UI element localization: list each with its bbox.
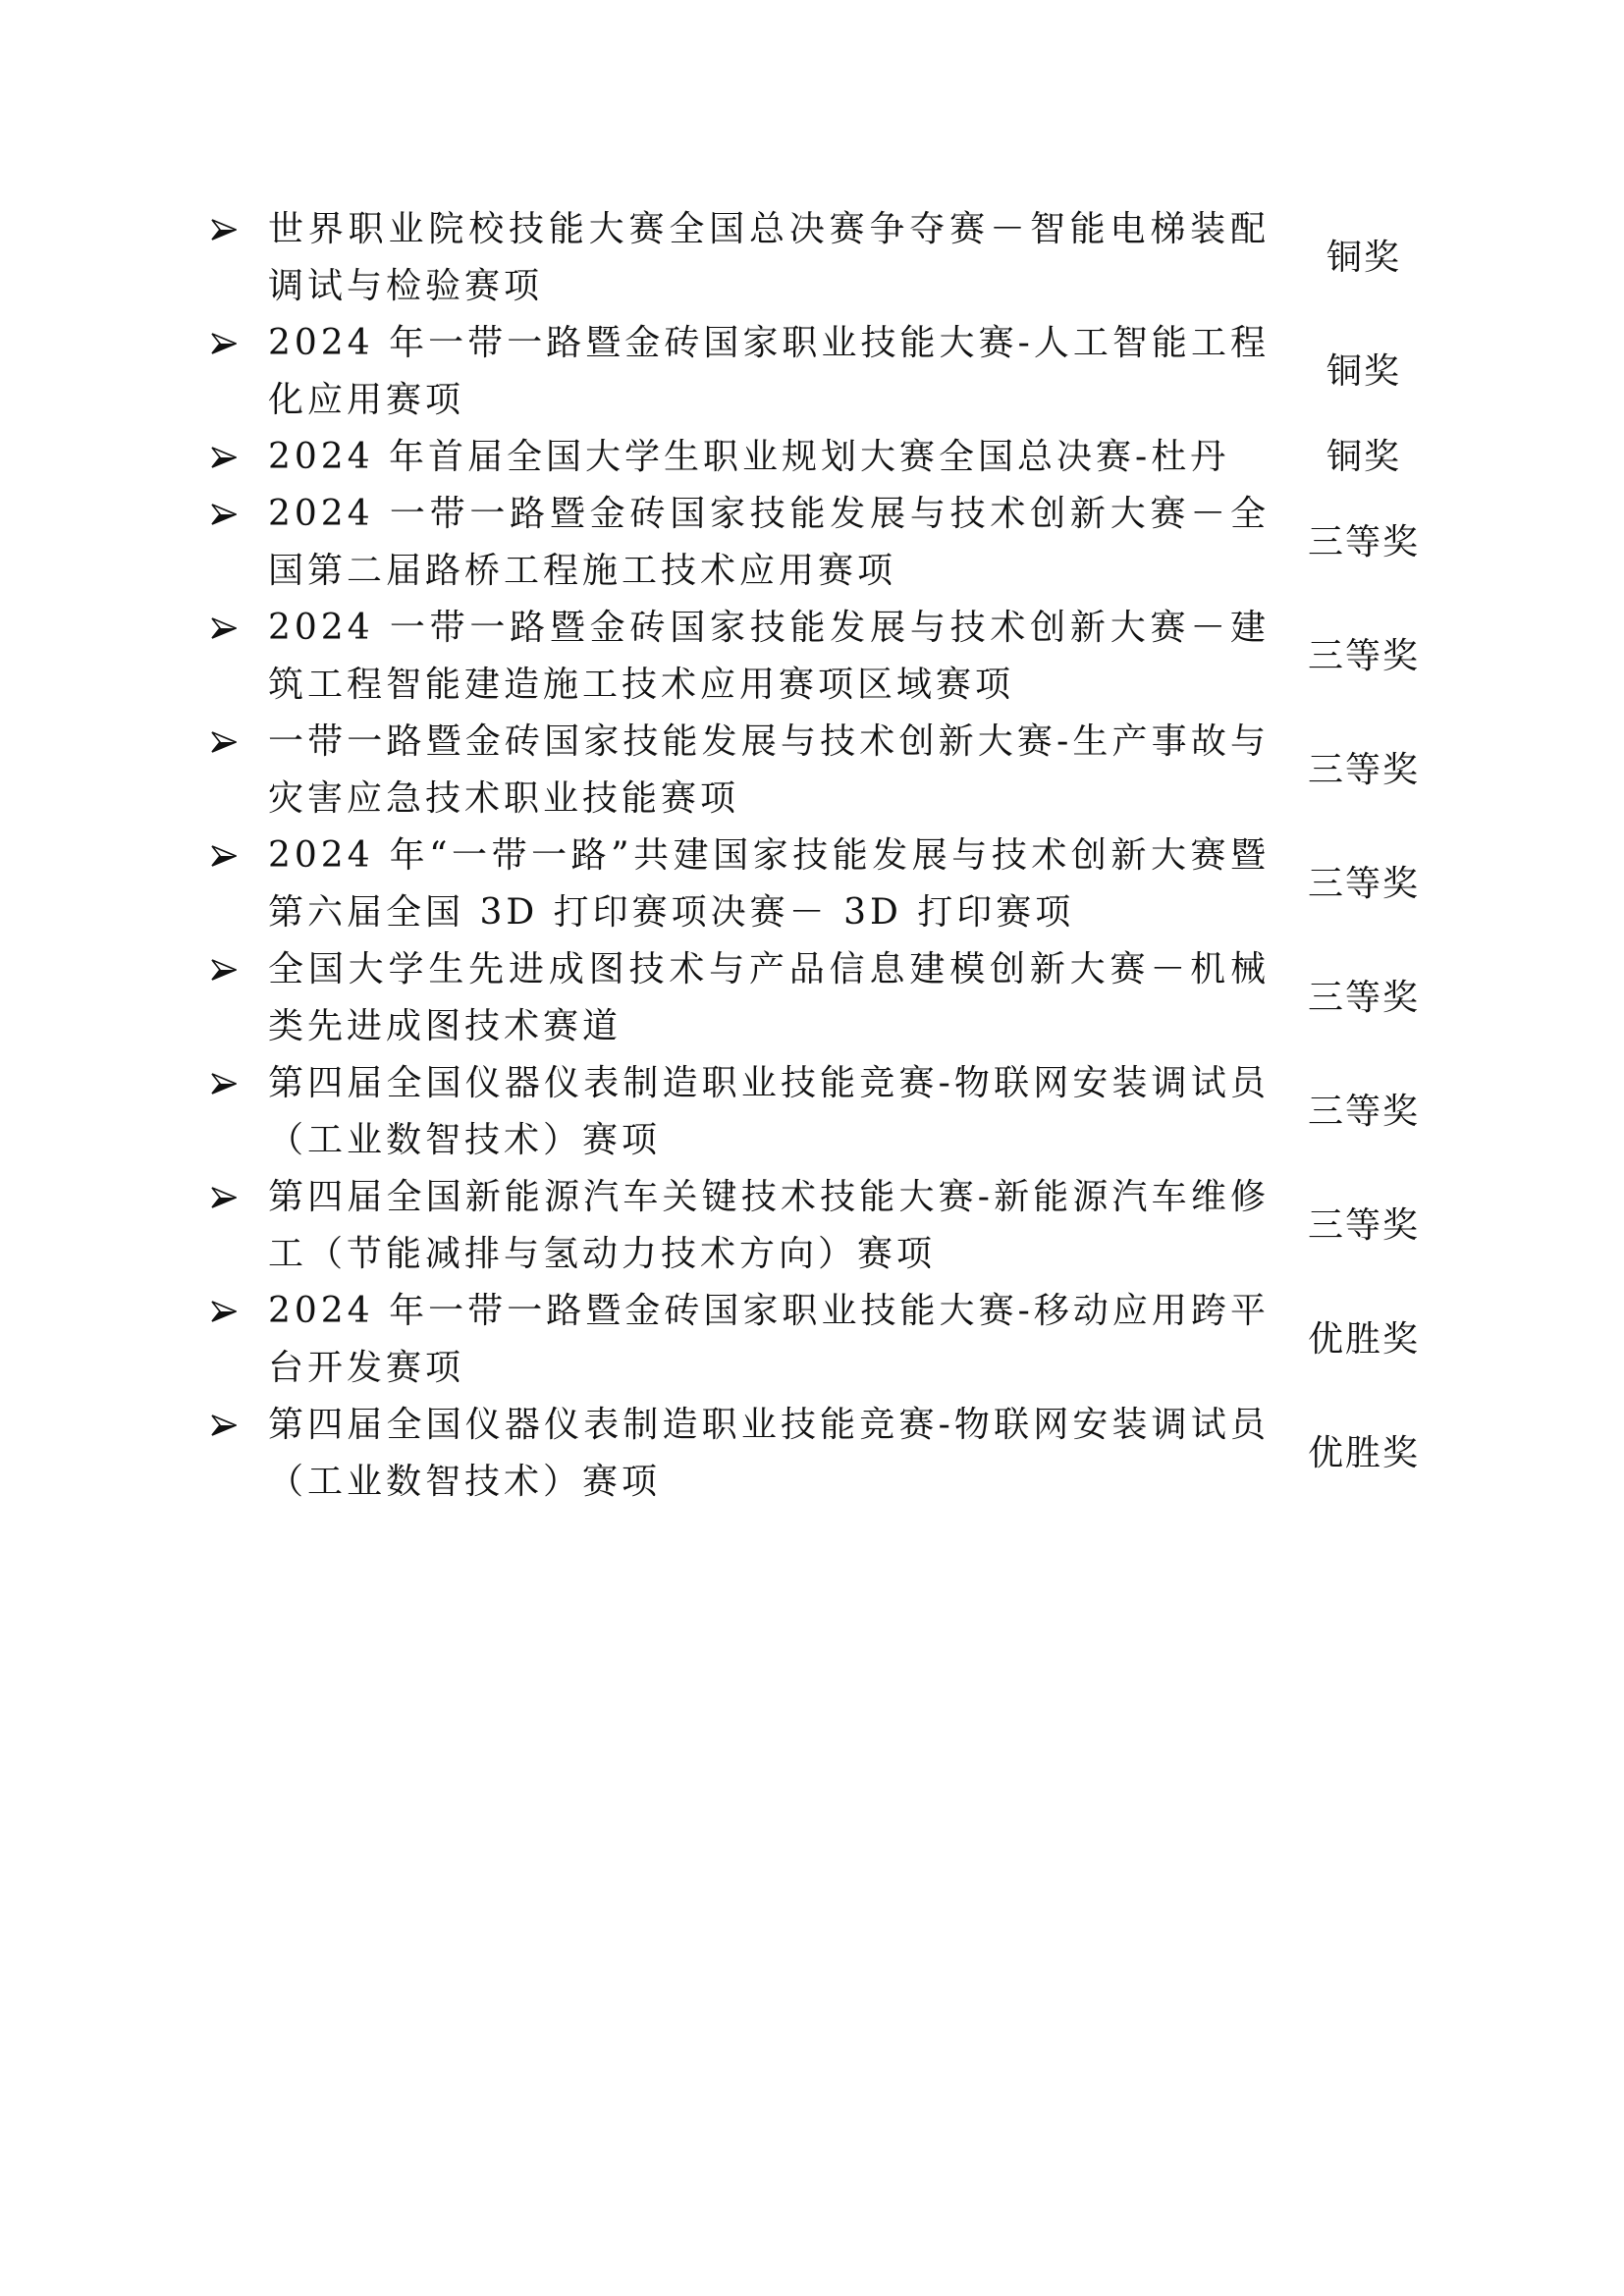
- award-item: 2024 一带一路暨金砖国家技能发展与技术创新大赛－全国第二届路桥工程施工技术应…: [201, 486, 1438, 600]
- arrowhead-bullet-icon: [201, 1283, 268, 1340]
- award-name: 全国大学生先进成图技术与产品信息建模创新大赛－机械类先进成图技术赛道: [268, 941, 1270, 1055]
- award-item: 2024 年一带一路暨金砖国家职业技能大赛-移动应用跨平台开发赛项 优胜奖: [201, 1283, 1438, 1397]
- award-level: 铜奖: [1270, 230, 1438, 287]
- award-item: 第四届全国新能源汽车关键技术技能大赛-新能源汽车维修工（节能减排与氢动力技术方向…: [201, 1169, 1438, 1283]
- award-item: 2024 年一带一路暨金砖国家职业技能大赛-人工智能工程化应用赛项 铜奖: [201, 315, 1438, 429]
- arrowhead-bullet-icon: [201, 429, 268, 486]
- award-item: 2024 年首届全国大学生职业规划大赛全国总决赛-杜丹 铜奖: [201, 429, 1438, 486]
- award-level: 三等奖: [1270, 1198, 1438, 1255]
- arrowhead-bullet-icon: [201, 1397, 268, 1454]
- award-name: 第四届全国仪器仪表制造职业技能竞赛-物联网安装调试员（工业数智技术）赛项: [268, 1055, 1270, 1169]
- award-name: 2024 年首届全国大学生职业规划大赛全国总决赛-杜丹: [268, 429, 1270, 486]
- arrowhead-bullet-icon: [201, 941, 268, 998]
- award-level: 优胜奖: [1270, 1311, 1438, 1368]
- arrowhead-bullet-icon: [201, 201, 268, 258]
- arrowhead-bullet-icon: [201, 600, 268, 657]
- arrowhead-bullet-icon: [201, 315, 268, 372]
- award-level: 三等奖: [1270, 628, 1438, 685]
- award-level: 铜奖: [1270, 429, 1438, 486]
- award-item: 第四届全国仪器仪表制造职业技能竞赛-物联网安装调试员（工业数智技术）赛项 优胜奖: [201, 1397, 1438, 1511]
- award-level: 铜奖: [1270, 344, 1438, 400]
- award-level: 三等奖: [1270, 970, 1438, 1027]
- award-list: 世界职业院校技能大赛全国总决赛争夺赛－智能电梯装配调试与检验赛项 铜奖 2024…: [201, 201, 1438, 1511]
- award-name: 第四届全国仪器仪表制造职业技能竞赛-物联网安装调试员（工业数智技术）赛项: [268, 1397, 1270, 1511]
- award-item: 2024 一带一路暨金砖国家技能发展与技术创新大赛－建筑工程智能建造施工技术应用…: [201, 600, 1438, 714]
- award-name: 2024 一带一路暨金砖国家技能发展与技术创新大赛－建筑工程智能建造施工技术应用…: [268, 600, 1270, 714]
- arrowhead-bullet-icon: [201, 1055, 268, 1112]
- award-item: 2024 年“一带一路”共建国家技能发展与技术创新大赛暨第六届全国 3D 打印赛…: [201, 828, 1438, 941]
- arrowhead-bullet-icon: [201, 1169, 268, 1226]
- award-name: 2024 年“一带一路”共建国家技能发展与技术创新大赛暨第六届全国 3D 打印赛…: [268, 828, 1270, 941]
- award-level: 三等奖: [1270, 742, 1438, 799]
- award-level: 三等奖: [1270, 1084, 1438, 1141]
- award-level: 三等奖: [1270, 856, 1438, 913]
- arrowhead-bullet-icon: [201, 486, 268, 543]
- arrowhead-bullet-icon: [201, 714, 268, 771]
- award-item: 全国大学生先进成图技术与产品信息建模创新大赛－机械类先进成图技术赛道 三等奖: [201, 941, 1438, 1055]
- award-name: 2024 一带一路暨金砖国家技能发展与技术创新大赛－全国第二届路桥工程施工技术应…: [268, 486, 1270, 600]
- award-name: 第四届全国新能源汽车关键技术技能大赛-新能源汽车维修工（节能减排与氢动力技术方向…: [268, 1169, 1270, 1283]
- award-item: 世界职业院校技能大赛全国总决赛争夺赛－智能电梯装配调试与检验赛项 铜奖: [201, 201, 1438, 315]
- award-name: 世界职业院校技能大赛全国总决赛争夺赛－智能电梯装配调试与检验赛项: [268, 201, 1270, 315]
- award-item: 一带一路暨金砖国家技能发展与技术创新大赛-生产事故与灾害应急技术职业技能赛项 三…: [201, 714, 1438, 828]
- arrowhead-bullet-icon: [201, 828, 268, 884]
- award-name: 2024 年一带一路暨金砖国家职业技能大赛-人工智能工程化应用赛项: [268, 315, 1270, 429]
- award-name: 2024 年一带一路暨金砖国家职业技能大赛-移动应用跨平台开发赛项: [268, 1283, 1270, 1397]
- award-item: 第四届全国仪器仪表制造职业技能竞赛-物联网安装调试员（工业数智技术）赛项 三等奖: [201, 1055, 1438, 1169]
- award-name: 一带一路暨金砖国家技能发展与技术创新大赛-生产事故与灾害应急技术职业技能赛项: [268, 714, 1270, 828]
- award-level: 三等奖: [1270, 514, 1438, 571]
- award-level: 优胜奖: [1270, 1425, 1438, 1482]
